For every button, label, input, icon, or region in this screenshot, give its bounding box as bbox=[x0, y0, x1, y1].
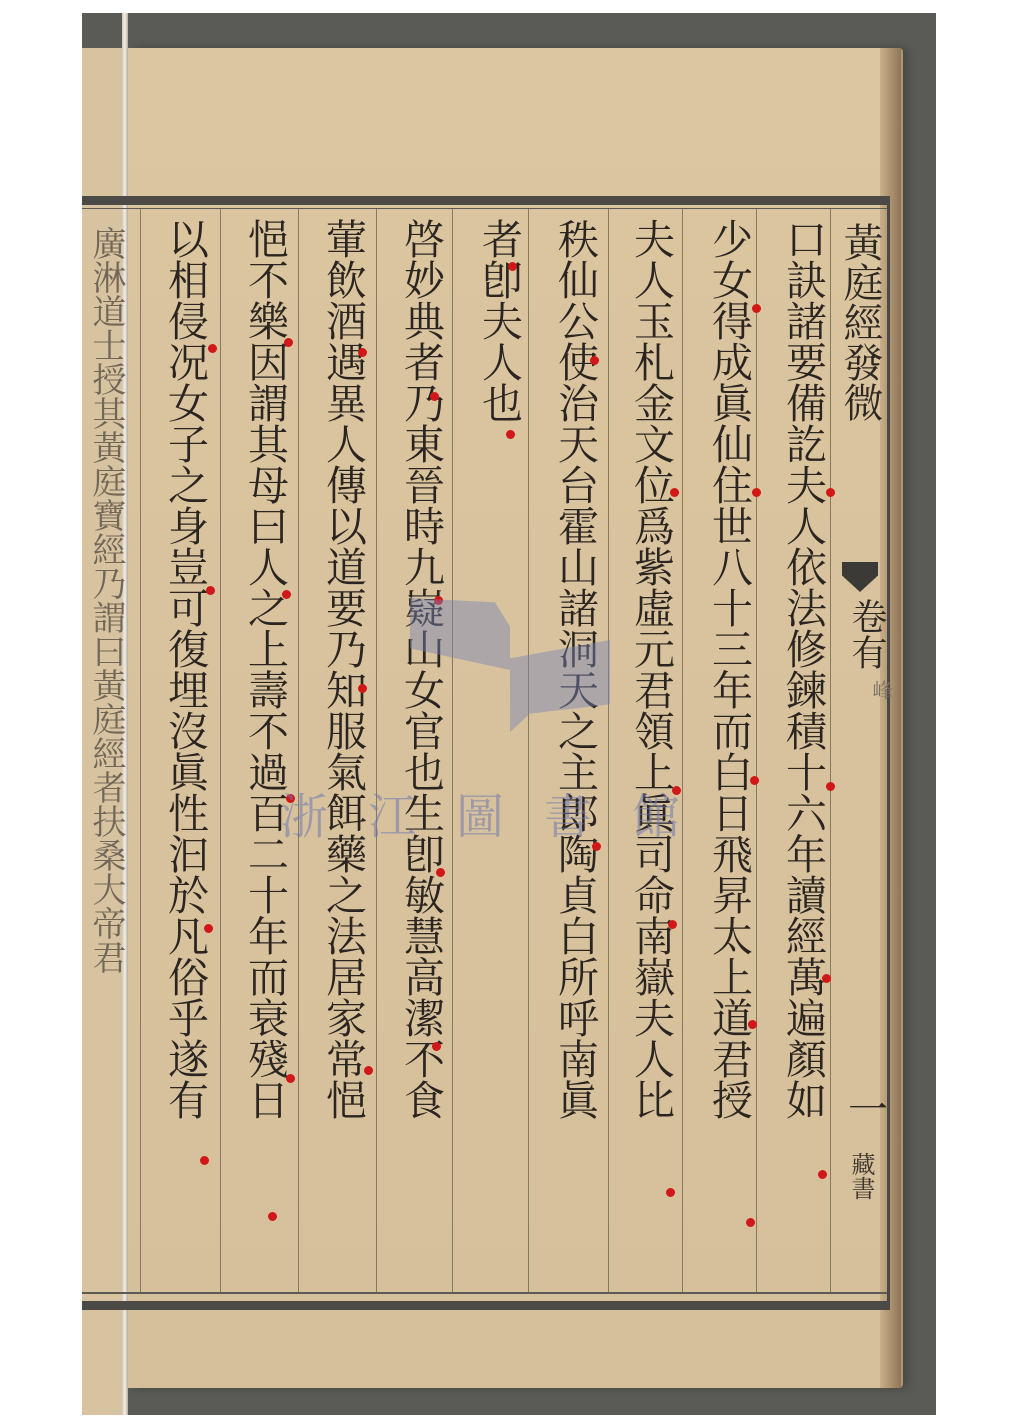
red-punctuation-dot bbox=[200, 1156, 209, 1165]
red-punctuation-dot bbox=[436, 868, 445, 877]
red-punctuation-dot bbox=[282, 590, 291, 599]
column-rule bbox=[376, 209, 377, 1292]
red-punctuation-dot bbox=[204, 924, 213, 933]
red-punctuation-dot bbox=[432, 1042, 441, 1051]
text-column-1: 口訣諸要備訖夫人依法修鍊積十六年讀經萬遍顏如 bbox=[776, 218, 829, 1120]
red-punctuation-dot bbox=[822, 974, 831, 983]
red-punctuation-dot bbox=[358, 684, 367, 693]
column-rule bbox=[528, 209, 529, 1292]
column-rule bbox=[756, 209, 757, 1292]
red-punctuation-dot bbox=[508, 262, 517, 271]
publisher-mark: 藏書 bbox=[846, 1152, 876, 1200]
red-punctuation-dot bbox=[752, 304, 761, 313]
red-punctuation-dot bbox=[506, 430, 515, 439]
previous-leaf-column: 廣淋道士授其黃庭寶經乃謂曰黃庭經者扶桑大帝君 bbox=[86, 226, 126, 974]
red-punctuation-dot bbox=[358, 348, 367, 357]
column-rule bbox=[140, 209, 141, 1292]
red-punctuation-dot bbox=[748, 1020, 757, 1029]
red-punctuation-dot bbox=[668, 920, 677, 929]
text-column-2: 少女得成眞仙住世八十三年而白日飛昇太上道君授 bbox=[702, 218, 755, 1120]
red-punctuation-dot bbox=[826, 782, 835, 791]
red-punctuation-dot bbox=[206, 586, 215, 595]
red-punctuation-dot bbox=[750, 776, 759, 785]
frame-bottom-border bbox=[82, 1301, 890, 1310]
frame-top-inner-line bbox=[82, 208, 890, 209]
volume-subtitle: 峰 bbox=[870, 680, 892, 700]
red-punctuation-dot bbox=[752, 488, 761, 497]
column-rule bbox=[682, 209, 683, 1292]
red-punctuation-dot bbox=[670, 488, 679, 497]
column-rule bbox=[830, 209, 831, 1292]
frame-bottom-inner-line bbox=[82, 1292, 890, 1294]
red-punctuation-dot bbox=[364, 1066, 373, 1075]
text-column-3: 夫人玉札金文位爲紫虛元君領上眞司命南嶽夫人比 bbox=[624, 218, 677, 1120]
library-watermark-text: 浙江圖書館 bbox=[280, 778, 720, 847]
column-rule bbox=[220, 209, 221, 1292]
volume-label: 卷有 bbox=[846, 598, 886, 670]
red-punctuation-dot bbox=[208, 344, 217, 353]
red-punctuation-dot bbox=[268, 1212, 277, 1221]
red-punctuation-dot bbox=[666, 1188, 675, 1197]
text-column-5: 者卽夫人也 bbox=[472, 218, 525, 423]
red-punctuation-dot bbox=[430, 392, 439, 401]
text-column-8: 悒不樂因謂其母曰人之上壽不過百二十年而衰殘日 bbox=[238, 218, 291, 1120]
volume-label-char: 卷 bbox=[846, 598, 887, 634]
red-punctuation-dot bbox=[826, 488, 835, 497]
frame-top-border bbox=[82, 196, 890, 205]
red-punctuation-dot bbox=[284, 338, 293, 347]
text-column-6: 啓妙典者乃東晉時九嶷山女官也生卽敏慧高潔不食 bbox=[394, 218, 447, 1120]
text-column-9: 以相侵况女子之身豈可復埋沒眞性汩於凡俗乎遂有 bbox=[158, 218, 211, 1120]
page-number: 一 bbox=[848, 1078, 888, 1135]
column-rule bbox=[452, 209, 453, 1292]
frame-right-border bbox=[887, 196, 890, 1310]
book-title: 黃庭經發微 bbox=[838, 222, 882, 422]
red-punctuation-dot bbox=[746, 1218, 755, 1227]
column-rule bbox=[298, 209, 299, 1292]
red-punctuation-dot bbox=[286, 1074, 295, 1083]
column-rule bbox=[608, 209, 609, 1292]
red-punctuation-dot bbox=[818, 1170, 827, 1179]
volume-char: 有 bbox=[846, 634, 887, 670]
red-punctuation-dot bbox=[590, 356, 599, 365]
page-edge bbox=[880, 48, 901, 1388]
